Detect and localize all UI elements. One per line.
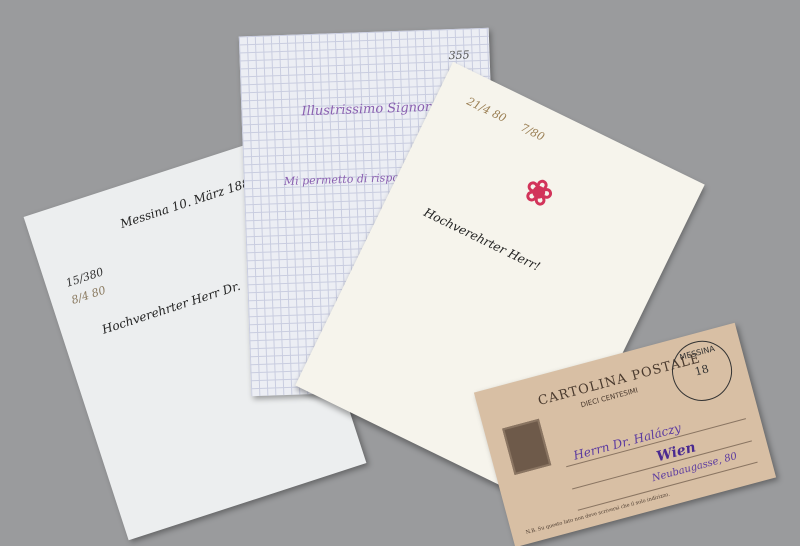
salutation: Hochverehrter Herr Dr. [100,279,242,337]
king-portrait-stamp [502,419,551,475]
salutation: Hochverehrter Herr! [422,205,543,274]
letter-heading: Messina 10. März 1880 [118,173,258,231]
letter-heading: Illustrissimo Signore [301,100,439,120]
postcard-footnote: N.B. Su questo lato non deve scriversi c… [525,491,671,536]
monogram-emblem: ❀ [517,168,560,216]
archive-mark: 21/4 80 [465,95,509,125]
postmark-icon: MESSINA 18 [665,334,738,407]
archive-mark: 7/80 [519,121,547,144]
archive-mark: 355 [448,48,469,62]
